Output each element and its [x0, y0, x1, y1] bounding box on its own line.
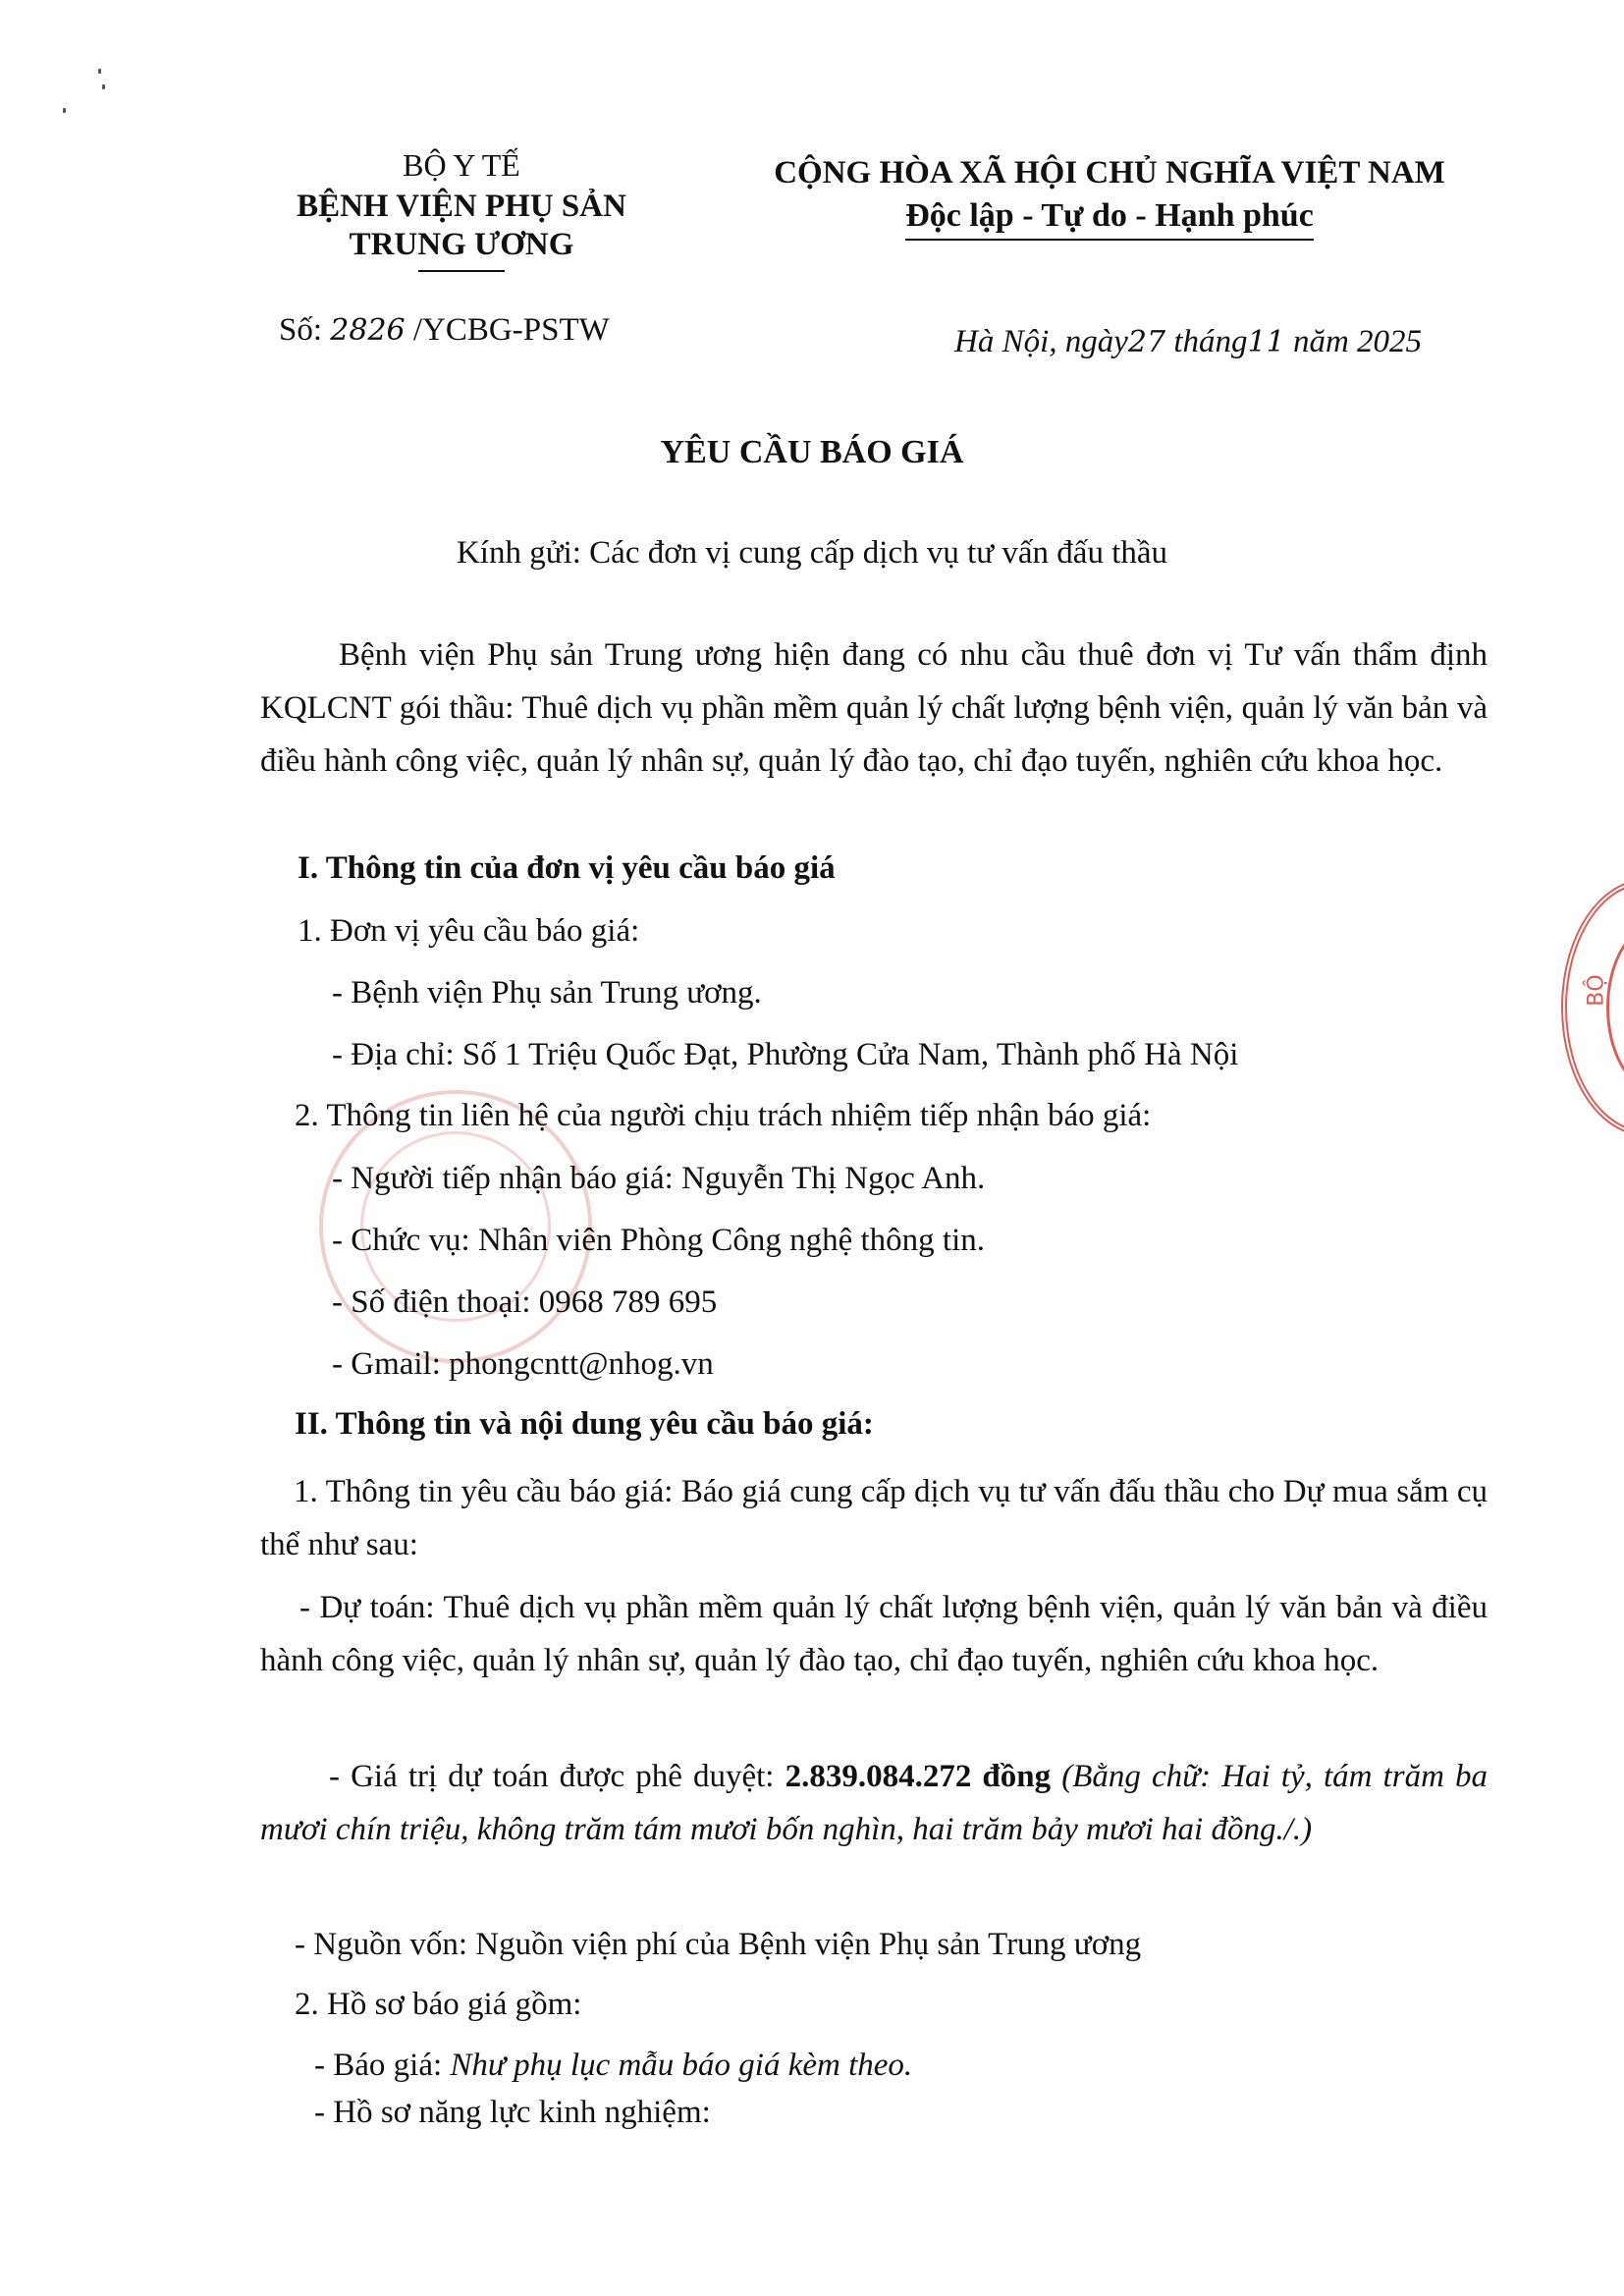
header-underline [418, 270, 505, 272]
section2-heading: II. Thông tin và nội dung yêu cầu báo gi… [295, 1406, 874, 1443]
receiver-name: - Người tiếp nhận báo giá: Nguyễn Thị Ng… [332, 1161, 985, 1197]
recipient-line: Kính gửi: Các đơn vị cung cấp dịch vụ tư… [0, 535, 1624, 572]
estimate-value-paragraph: - Giá trị dự toán được phê duyệt: 2.839.… [260, 1750, 1488, 1856]
section2-item2: 2. Hồ sơ báo giá gồm: [295, 1987, 581, 2023]
month-label: tháng [1173, 324, 1247, 359]
hospital-name-line2: TRUNG ƯƠNG [245, 226, 677, 264]
handwritten-month: 11 [1248, 325, 1285, 359]
funding-source: - Nguồn vốn: Nguồn viện phí của Bệnh việ… [295, 1927, 1141, 1963]
number-label: Số: [279, 312, 322, 348]
issuing-authority: BỘ Y TẾ BỆNH VIỆN PHỤ SẢN TRUNG ƯƠNG [245, 147, 677, 272]
unit-address: - Địa chỉ: Số 1 Triệu Quốc Đạt, Phường C… [332, 1037, 1238, 1073]
experience-line: - Hồ sơ năng lực kinh nghiệm: [314, 2095, 711, 2131]
scan-speck [102, 84, 105, 89]
document-title: YÊU CẦU BÁO GIÁ [0, 434, 1624, 471]
receiver-email: - Gmail: phongcntt@nhog.vn [332, 1346, 714, 1383]
national-motto: Độc lập - Tự do - Hạnh phúc [905, 197, 1314, 241]
receiver-phone: - Số điện thoại: 0968 789 695 [332, 1285, 717, 1321]
quote-line: - Báo giá: Như phụ lục mẫu báo giá kèm t… [314, 2048, 912, 2084]
national-header: CỘNG HÒA XÃ HỘI CHỦ NGHĨA VIỆT NAM Độc l… [707, 155, 1512, 241]
date-line: Hà Nội, ngày27 tháng11 năm 2025 [954, 324, 1422, 360]
nation-name: CỘNG HÒA XÃ HỘI CHỦ NGHĨA VIỆT NAM [707, 155, 1512, 191]
unit-name: - Bệnh viện Phụ sản Trung ương. [332, 975, 762, 1011]
scan-speck [63, 108, 66, 113]
year-label: năm 2025 [1293, 324, 1422, 359]
hospital-name-line1: BỆNH VIỆN PHỤ SẢN [245, 188, 677, 226]
value-label: - Giá trị dự toán được phê duyệt: [329, 1759, 785, 1794]
scan-speck [98, 69, 101, 74]
receiver-position: - Chức vụ: Nhân viên Phòng Công nghệ thô… [332, 1223, 985, 1259]
section2-item1: 1. Thông tin yêu cầu báo giá: Báo giá cu… [260, 1465, 1488, 1571]
handwritten-number: 2826 [330, 313, 405, 348]
quote-label: - Báo giá: [314, 2048, 450, 2083]
section1-item1: 1. Đơn vị yêu cầu báo giá: [298, 913, 639, 950]
ministry-name: BỘ Y TẾ [245, 147, 677, 184]
section1-item2: 2. Thông tin liên hệ của người chịu trác… [295, 1098, 1151, 1134]
section1-heading: I. Thông tin của đơn vị yêu cầu báo giá [298, 850, 836, 887]
number-suffix: /YCBG-PSTW [413, 312, 610, 348]
date-place: Hà Nội, ngày [954, 324, 1128, 359]
red-seal-stamp: BỘ [1561, 879, 1624, 1136]
quote-value: Như phụ lục mẫu báo giá kèm theo. [450, 2048, 912, 2083]
estimate-paragraph: - Dự toán: Thuê dịch vụ phần mềm quản lý… [260, 1581, 1488, 1687]
intro-paragraph: Bệnh viện Phụ sản Trung ương hiện đang c… [260, 629, 1488, 788]
value-amount: 2.839.084.272 đồng [785, 1759, 1052, 1794]
document-number: Số: 2826 /YCBG-PSTW [279, 312, 610, 349]
handwritten-day: 27 [1128, 325, 1165, 359]
